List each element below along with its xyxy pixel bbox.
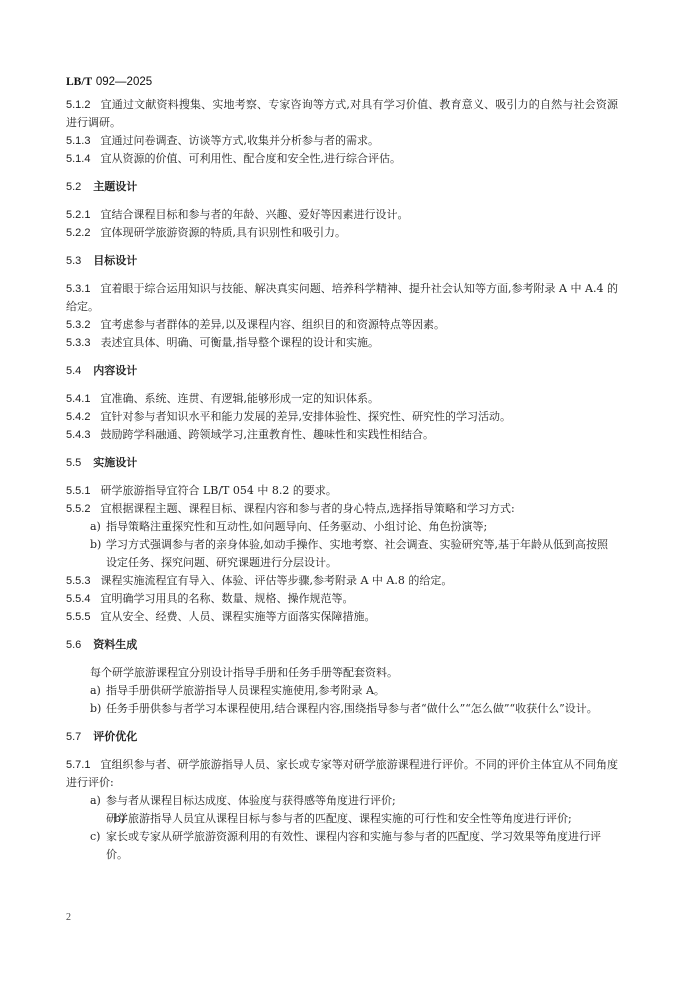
section-title: 目标设计 [93, 254, 137, 267]
standard-code: LB/T [66, 76, 92, 88]
section-heading-5-6: 5.6资料生成 [66, 636, 618, 654]
clause-number: 5.3.1 [66, 283, 90, 295]
clause-text: 宜组织参与者、研学旅游指导人员、家长或专家等对研学旅游课程进行评价。不同的评价主… [66, 758, 618, 789]
clause-5-5-3: 5.5.3课程实施流程宜有导入、体验、评估等步骤,参考附录 A 中 A.8 的给… [66, 572, 618, 590]
list-item-a: a)指导策略注重探究性和互动性,如问题导向、任务驱动、小组讨论、角色扮演等; [66, 518, 618, 536]
list-text: 指导策略注重探究性和互动性,如问题导向、任务驱动、小组讨论、角色扮演等; [106, 520, 487, 533]
clause-5-5-5: 5.5.5宜从安全、经费、人员、课程实施等方面落实保障措施。 [66, 608, 618, 626]
clause-number: 5.5.2 [66, 503, 90, 515]
list-text: 指导手册供研学旅游指导人员课程实施使用,参考附录 A。 [106, 684, 385, 697]
clause-number: 5.7.1 [66, 759, 90, 771]
page-number: 2 [66, 912, 71, 923]
clause-text: 鼓励跨学科融通、跨领域学习,注重教育性、趣味性和实践性相结合。 [100, 428, 434, 441]
clause-number: 5.5.5 [66, 611, 90, 623]
clause-number: 5.5.3 [66, 575, 90, 587]
clause-number: 5.5.1 [66, 485, 90, 497]
clause-number: 5.3.3 [66, 337, 90, 349]
clause-number: 5.5.4 [66, 593, 90, 605]
list-item-a: a)参与者从课程目标达成度、体验度与获得感等角度进行评价; [66, 792, 618, 810]
standard-header: LB/T 092—2025 [66, 74, 162, 88]
clause-5-2-1: 5.2.1宜结合课程目标和参与者的年龄、兴趣、爱好等因素进行设计。 [66, 206, 618, 224]
list-text: 研学旅游指导人员宜从课程目标与参与者的匹配度、课程实施的可行性和安全性等角度进行… [106, 812, 572, 825]
clause-text: 宜根据课程主题、课程目标、课程内容和参与者的身心特点,选择指导策略和学习方式: [100, 502, 514, 515]
list-marker: a) [90, 792, 106, 810]
list-marker: b) [90, 810, 106, 828]
clause-text: 宜从安全、经费、人员、课程实施等方面落实保障措施。 [100, 610, 375, 623]
list-text: 参与者从课程目标达成度、体验度与获得感等角度进行评价; [106, 794, 396, 807]
clause-5-1-4: 5.1.4宜从资源的价值、可利用性、配合度和安全性,进行综合评估。 [66, 150, 618, 168]
list-marker: c) [90, 828, 106, 846]
clause-number: 5.4.1 [66, 393, 90, 405]
clause-5-5-2: 5.5.2宜根据课程主题、课程目标、课程内容和参与者的身心特点,选择指导策略和学… [66, 500, 618, 518]
list-marker: b) [90, 536, 106, 554]
section-title: 内容设计 [93, 364, 137, 377]
list-item-b: b)研学旅游指导人员宜从课程目标与参与者的匹配度、课程实施的可行性和安全性等角度… [66, 810, 618, 828]
clause-number: 5.3.2 [66, 319, 90, 331]
clause-text: 宜从资源的价值、可利用性、配合度和安全性,进行综合评估。 [100, 152, 401, 165]
clause-text: 课程实施流程宜有导入、体验、评估等步骤,参考附录 A 中 A.8 的给定。 [100, 574, 452, 587]
section-number: 5.5 [66, 457, 81, 469]
clause-number: 5.2.1 [66, 209, 90, 221]
clause-text: 宜着眼于综合运用知识与技能、解决真实问题、培养科学精神、提升社会认知等方面,参考… [66, 282, 618, 313]
section-number: 5.4 [66, 365, 81, 377]
clause-5-5-1: 5.5.1研学旅游指导宜符合 LB/T 054 中 8.2 的要求。 [66, 482, 618, 500]
list-item-c: c)家长或专家从研学旅游资源利用的有效性、课程内容和实施与参与者的匹配度、学习效… [66, 828, 618, 864]
section-title: 资料生成 [93, 638, 137, 651]
section-heading-5-5: 5.5实施设计 [66, 454, 618, 472]
section-number: 5.7 [66, 731, 81, 743]
standard-number: 092—2025 [96, 76, 152, 88]
section-title: 主题设计 [93, 180, 137, 193]
list-text: 家长或专家从研学旅游资源利用的有效性、课程内容和实施与参与者的匹配度、学习效果等… [106, 830, 601, 861]
clause-number: 5.4.3 [66, 429, 90, 441]
list-marker: a) [90, 518, 106, 536]
clause-5-7-1: 5.7.1宜组织参与者、研学旅游指导人员、家长或专家等对研学旅游课程进行评价。不… [66, 756, 618, 792]
list-marker: a) [90, 682, 106, 700]
clause-5-1-3: 5.1.3宜通过问卷调查、访谈等方式,收集并分析参与者的需求。 [66, 132, 618, 150]
clause-text: 宜体现研学旅游资源的特质,具有识别性和吸引力。 [100, 226, 346, 239]
clause-5-4-3: 5.4.3鼓励跨学科融通、跨领域学习,注重教育性、趣味性和实践性相结合。 [66, 426, 618, 444]
clause-5-4-1: 5.4.1宜准确、系统、连贯、有逻辑,能够形成一定的知识体系。 [66, 390, 618, 408]
list-item-b: b)任务手册供参与者学习本课程使用,结合课程内容,围绕指导参与者“做什么”“怎么… [66, 700, 618, 718]
section-heading-5-4: 5.4内容设计 [66, 362, 618, 380]
clause-5-4-2: 5.4.2宜针对参与者知识水平和能力发展的差异,安排体验性、探究性、研究性的学习… [66, 408, 618, 426]
list-marker: b) [90, 700, 106, 718]
clause-5-1-2: 5.1.2宜通过文献资料搜集、实地考察、专家咨询等方式,对具有学习价值、教育意义… [66, 96, 618, 132]
clause-5-5-4: 5.5.4宜明确学习用具的名称、数量、规格、操作规范等。 [66, 590, 618, 608]
clause-number: 5.1.2 [66, 99, 90, 111]
clause-5-3-3: 5.3.3表述宜具体、明确、可衡量,指导整个课程的设计和实施。 [66, 334, 618, 352]
clause-number: 5.4.2 [66, 411, 90, 423]
clause-text: 宜结合课程目标和参与者的年龄、兴趣、爱好等因素进行设计。 [100, 208, 408, 221]
section-number: 5.6 [66, 639, 81, 651]
list-text: 任务手册供参与者学习本课程使用,结合课程内容,围绕指导参与者“做什么”“怎么做”… [106, 702, 598, 715]
section-number: 5.3 [66, 255, 81, 267]
list-item-a: a)指导手册供研学旅游指导人员课程实施使用,参考附录 A。 [66, 682, 618, 700]
list-text: 学习方式强调参与者的亲身体验,如动手操作、实地考察、社会调查、实验研究等,基于年… [106, 538, 608, 569]
clause-text: 宜准确、系统、连贯、有逻辑,能够形成一定的知识体系。 [100, 392, 379, 405]
document-page: LB/T 092—2025 5.1.2宜通过文献资料搜集、实地考察、专家咨询等方… [0, 0, 700, 989]
section-heading-5-3: 5.3目标设计 [66, 252, 618, 270]
clause-5-2-2: 5.2.2宜体现研学旅游资源的特质,具有识别性和吸引力。 [66, 224, 618, 242]
list-item-b: b)学习方式强调参与者的亲身体验,如动手操作、实地考察、社会调查、实验研究等,基… [66, 536, 618, 572]
document-body: 5.1.2宜通过文献资料搜集、实地考察、专家咨询等方式,对具有学习价值、教育意义… [66, 96, 618, 864]
section-heading-5-2: 5.2主题设计 [66, 178, 618, 196]
clause-text: 宜针对参与者知识水平和能力发展的差异,安排体验性、探究性、研究性的学习活动。 [100, 410, 511, 423]
clause-number: 5.1.3 [66, 135, 90, 147]
section-5-6-intro: 每个研学旅游课程宜分别设计指导手册和任务手册等配套资料。 [66, 664, 618, 682]
section-heading-5-7: 5.7评价优化 [66, 728, 618, 746]
clause-text: 宜通过文献资料搜集、实地考察、专家咨询等方式,对具有学习价值、教育意义、吸引力的… [66, 98, 618, 129]
clause-number: 5.2.2 [66, 227, 90, 239]
clause-5-3-1: 5.3.1宜着眼于综合运用知识与技能、解决真实问题、培养科学精神、提升社会认知等… [66, 280, 618, 316]
clause-text: 研学旅游指导宜符合 LB/T 054 中 8.2 的要求。 [100, 484, 336, 497]
section-title: 评价优化 [93, 730, 137, 743]
clause-number: 5.1.4 [66, 153, 90, 165]
section-number: 5.2 [66, 181, 81, 193]
clause-text: 宜通过问卷调查、访谈等方式,收集并分析参与者的需求。 [100, 134, 379, 147]
clause-text: 宜考虑参与者群体的差异,以及课程内容、组织目的和资源特点等因素。 [100, 318, 445, 331]
clause-5-3-2: 5.3.2宜考虑参与者群体的差异,以及课程内容、组织目的和资源特点等因素。 [66, 316, 618, 334]
section-title: 实施设计 [93, 456, 137, 469]
clause-text: 宜明确学习用具的名称、数量、规格、操作规范等。 [100, 592, 353, 605]
clause-text: 表述宜具体、明确、可衡量,指导整个课程的设计和实施。 [100, 336, 379, 349]
